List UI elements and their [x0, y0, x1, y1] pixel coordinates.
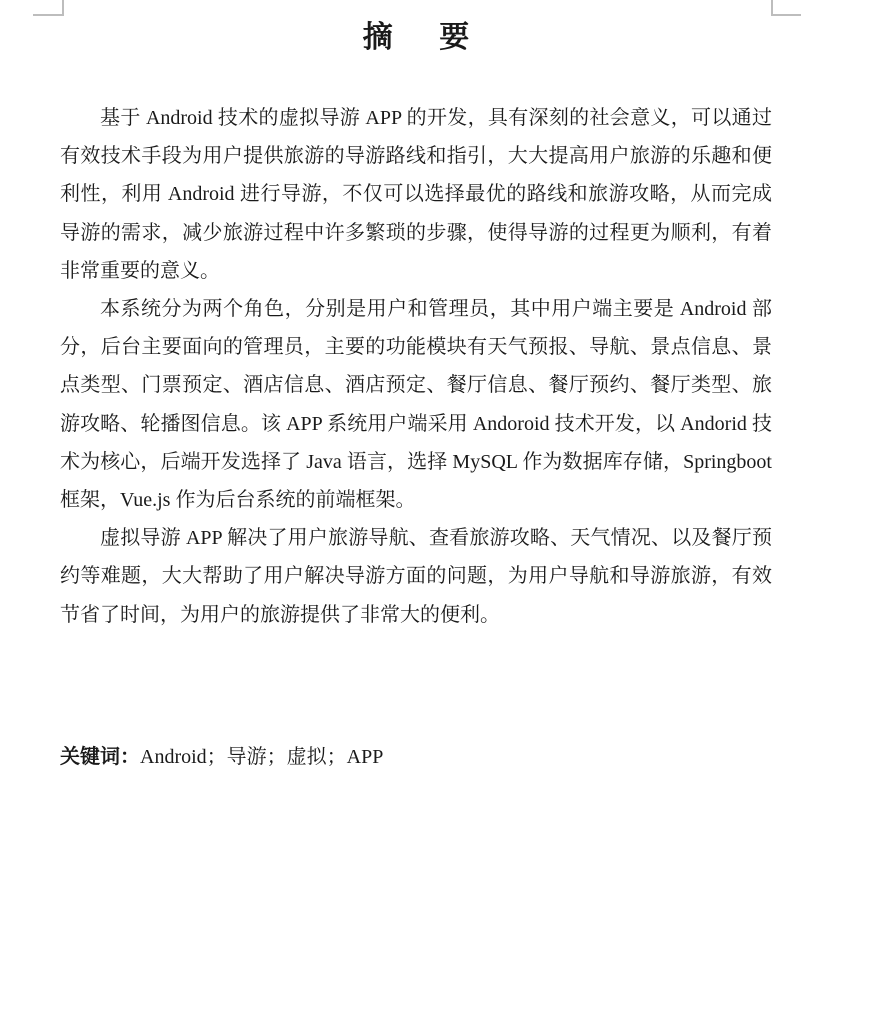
margin-crop-mark-top-right-vertical [771, 0, 773, 16]
page-title: 摘要 [60, 16, 772, 60]
abstract-paragraph-2: 本系统分为两个角色，分别是用户和管理员，其中用户端主要是 Android 部分，… [60, 290, 772, 519]
document-page: 摘要 基于 Android 技术的虚拟导游 APP 的开发，具有深刻的社会意义，… [0, 0, 887, 1014]
margin-crop-mark-top-right-horizontal [771, 14, 801, 16]
keywords-line: 关键词：Android；导游；虚拟；APP [60, 738, 772, 776]
keywords-label: 关键词： [60, 746, 140, 768]
margin-crop-mark-top-left-horizontal [33, 14, 63, 16]
margin-crop-mark-top-left-vertical [62, 0, 64, 16]
abstract-paragraph-1: 基于 Android 技术的虚拟导游 APP 的开发，具有深刻的社会意义，可以通… [60, 99, 772, 290]
keywords-text: Android；导游；虚拟；APP [140, 746, 383, 768]
abstract-body: 基于 Android 技术的虚拟导游 APP 的开发，具有深刻的社会意义，可以通… [60, 99, 772, 634]
abstract-paragraph-3: 虚拟导游 APP 解决了用户旅游导航、查看旅游攻略、天气情况、以及餐厅预约等难题… [60, 519, 772, 634]
